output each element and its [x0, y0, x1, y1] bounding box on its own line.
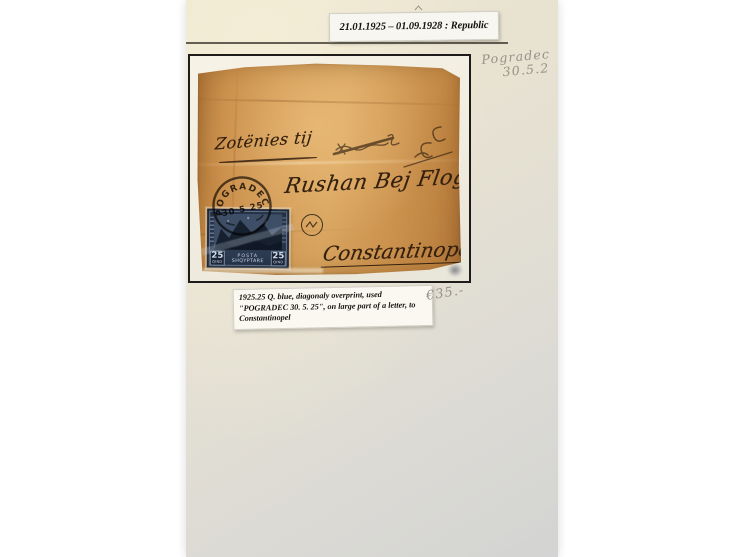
postmark-pogradec: POGRADEC 30 5 25	[203, 167, 281, 245]
corner-ink-smudge	[447, 263, 463, 277]
period-label: 21.01.1925 – 01.09.1928 : Republic	[329, 11, 499, 42]
mount-strip	[203, 268, 323, 273]
pencil-scribble-crossed-out	[331, 127, 403, 163]
stamp-value-tablet-right: 25 QIND	[271, 251, 286, 266]
page-rule-line	[186, 42, 508, 44]
album-page: 21.01.1925 – 01.09.1928 : Republic Pogra…	[186, 0, 558, 557]
envelope: Zotënies tij Rushan Bej Flogi Constantin…	[197, 63, 461, 275]
postmark-date-text: 30 5 25	[221, 201, 265, 220]
stamp-country-inscription: POSTA SHQYPTARE	[232, 254, 264, 267]
transit-mark-circle	[301, 214, 323, 236]
caption-label: 1925.25 Q. blue, diagonaly overprint, us…	[233, 285, 434, 330]
stamp-currency-label: QIND	[273, 261, 283, 265]
pencil-annotation-line2: 30.5.2	[502, 61, 552, 79]
transit-mark-squiggle	[303, 216, 321, 234]
stamp-currency-label: QIND	[212, 261, 222, 265]
address-underline-flourish	[219, 156, 317, 163]
pencil-annotation-pogradec: Pogradec 30.5.2	[481, 47, 552, 81]
period-label-text: 21.01.1925 – 01.09.1928 : Republic	[339, 20, 488, 33]
display-frame: Zotënies tij Rushan Bej Flogi Constantin…	[188, 54, 471, 283]
ottoman-script-note	[399, 121, 455, 173]
envelope-crease	[184, 98, 474, 106]
address-honorific: Zotënies tij	[214, 128, 313, 154]
pencil-caret-mark	[414, 5, 423, 11]
stamp-bottom-band: 25 QIND POSTA SHQYPTARE 25 QIND	[210, 249, 286, 267]
